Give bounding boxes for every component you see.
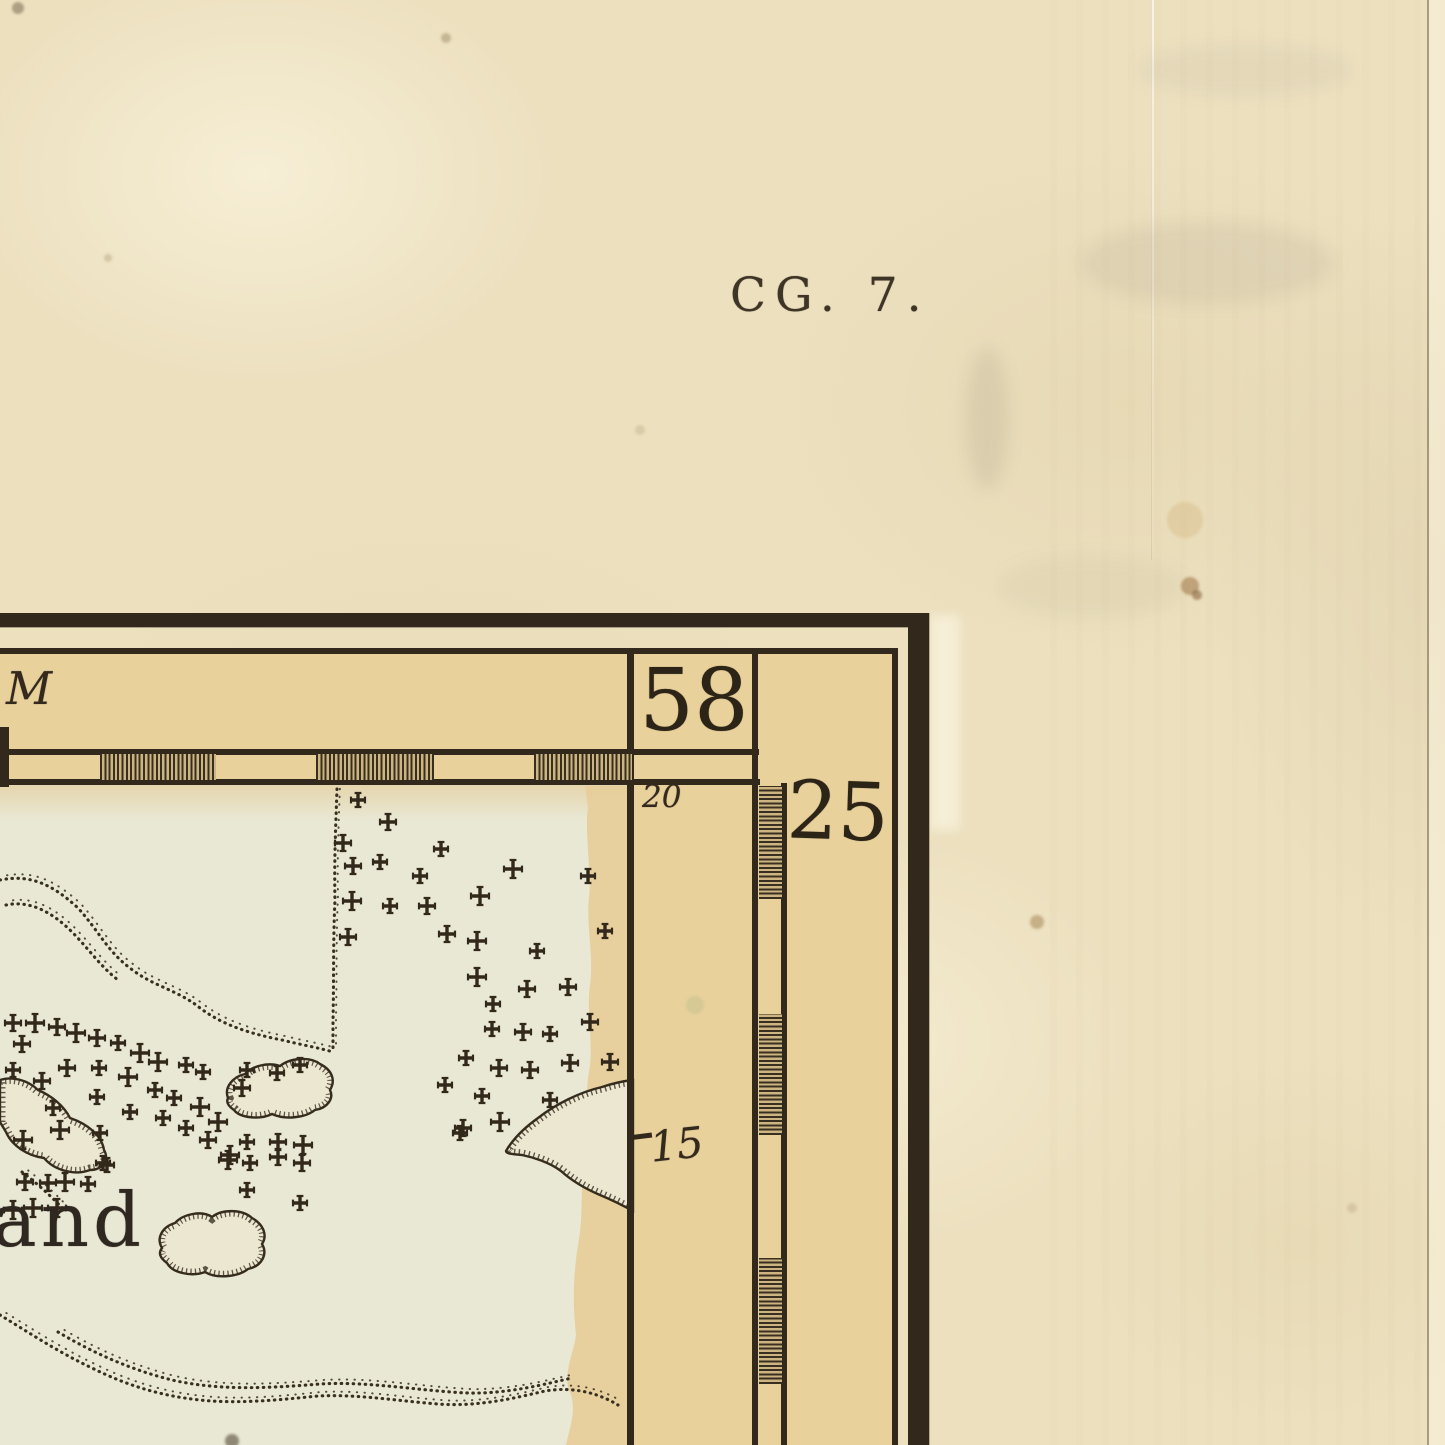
latitude-corner-number: 58 — [634, 654, 754, 749]
longitude-corner-number: 25 — [778, 766, 897, 858]
plate-number-label: CG. 7. — [730, 268, 931, 323]
antique-chart-sheet: CG. 7. M 58 25 20 15 and — [0, 0, 1445, 1445]
edge-tick-label-15: 15 — [648, 1117, 706, 1171]
place-name-fragment: and — [0, 1183, 145, 1258]
margin-letter: M — [6, 662, 52, 715]
edge-tick-label-20: 20 — [642, 779, 681, 815]
